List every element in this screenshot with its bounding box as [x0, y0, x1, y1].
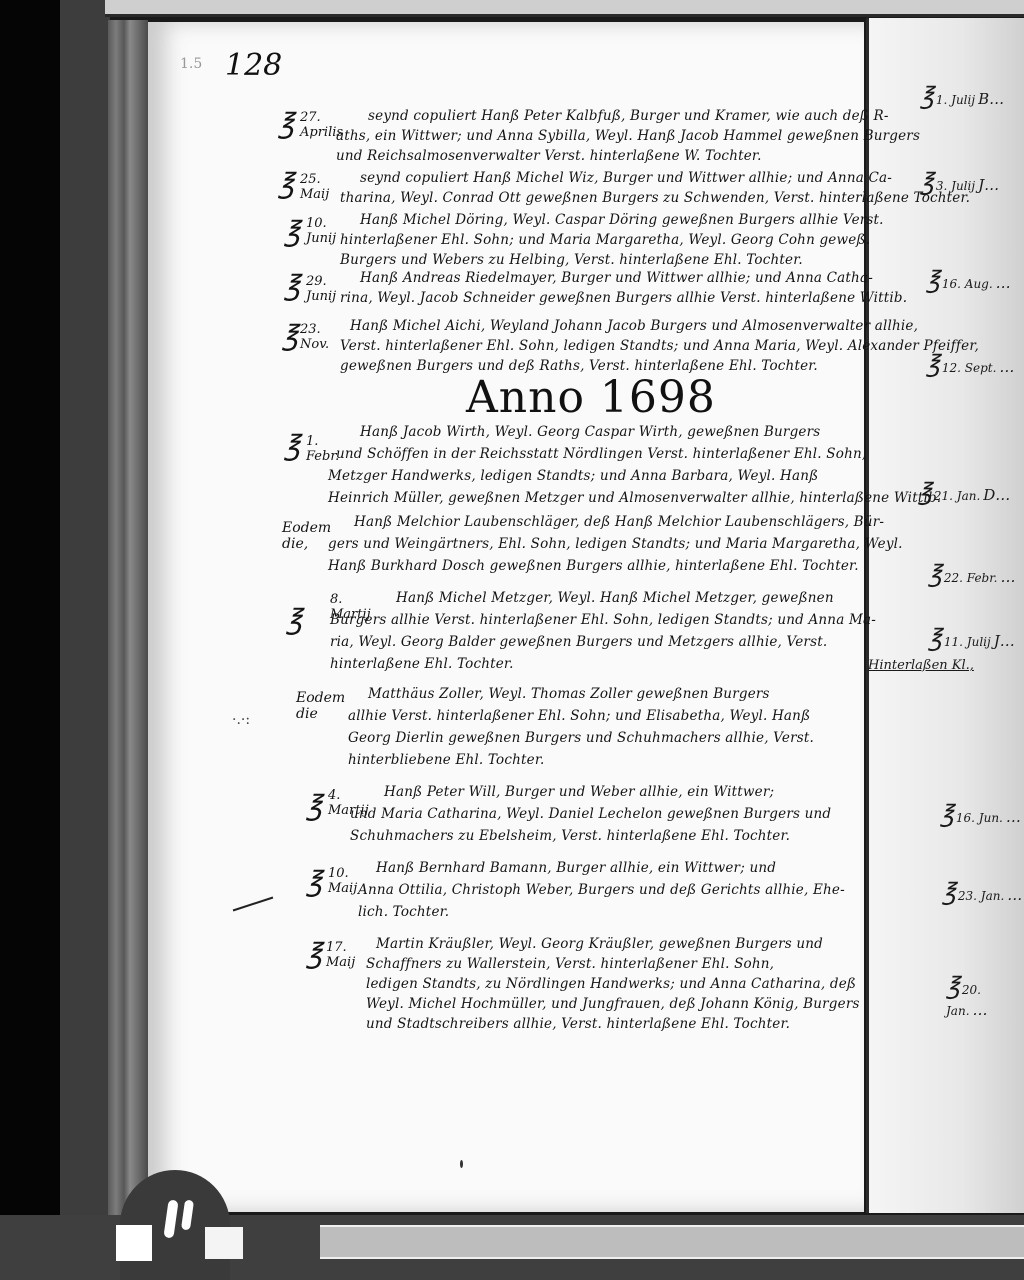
entry-date: 29. Junij [306, 274, 336, 304]
film-strip-bottom [320, 1225, 1024, 1259]
entry-text-fragment: … [996, 274, 1011, 292]
entry-date: 21. Jan. [934, 489, 980, 503]
entry-marker-icon: ℥ [946, 972, 960, 1000]
entry-date: 22. Febr. [944, 571, 998, 585]
film-border-top [105, 0, 1024, 17]
entry-date: 12. Sept. [942, 361, 997, 375]
entry-date: 25. Maij [300, 172, 329, 202]
entry-marker-icon: ℥ [942, 878, 956, 906]
entry-line: ria, Weyl. Georg Balder geweßnen Burgers… [330, 634, 827, 650]
entry-line: ledigen Standts, zu Nördlingen Handwerks… [366, 976, 856, 992]
entry-date: 16. Jun. [956, 811, 1003, 825]
entry-line: Schaffners zu Wallerstein, Verst. hinter… [366, 956, 774, 972]
entry-marker-icon: ℥ [928, 560, 942, 588]
entry-line: und Stadtschreibers allhie, Verst. hinte… [366, 1016, 790, 1032]
entry-marker-icon: ℥ [278, 170, 294, 198]
entry-marker-icon: ℥ [306, 940, 322, 968]
entry-marker-text: Eodem die [296, 690, 345, 722]
right-page-entry: ℥11. JulijJ… [928, 624, 1015, 652]
entry-line: Hanß Michel Döring, Weyl. Caspar Döring … [360, 212, 884, 228]
entry-marker-icon: ℥ [278, 110, 294, 138]
entry-marker-icon: ℥ [918, 478, 932, 506]
entry-date: 1. Julij [936, 93, 975, 107]
entry-marker-icon: ℥ [920, 168, 934, 196]
film-border-left [0, 0, 60, 1280]
right-page-entry: ℥12. Sept.… [926, 350, 1014, 378]
entry-marker-icon: ℥ [306, 792, 322, 820]
entry-line: Hanß Bernhard Bamann, Burger allhie, ein… [376, 860, 776, 876]
right-page-entry: ℥1. JulijB… [920, 82, 1004, 110]
entry-line: Hanß Michel Metzger, Weyl. Hanß Michel M… [396, 590, 834, 606]
entry-line: seynd copuliert Hanß Peter Kalbfuß, Burg… [368, 108, 889, 124]
entry-text-fragment: B… [978, 90, 1004, 108]
entry-line: Burgers allhie Verst. hinterlaßener Ehl.… [330, 612, 876, 628]
entry-text-fragment: … [973, 1001, 988, 1019]
right-page-entry: ℥16. Jun.… [940, 800, 1021, 828]
right-page-entry: ℥21. Jan.D… [918, 478, 1010, 506]
film-registration-mark [205, 1227, 243, 1259]
entry-line: Hanß Jacob Wirth, Weyl. Georg Caspar Wir… [360, 424, 820, 440]
right-page-entry: ℥20. Jan.… [946, 972, 1024, 1019]
entry-line: Anna Ottilia, Christoph Weber, Burgers u… [358, 882, 845, 898]
entry-line: Georg Dierlin geweßnen Burgers und Schuh… [348, 730, 814, 746]
entry-line: Hanß Burkhard Dosch geweßnen Burgers all… [328, 558, 859, 574]
entry-marker-text: Eodem die, [282, 520, 331, 552]
entry-line: Hanß Peter Will, Burger und Weber allhie… [384, 784, 774, 800]
entry-line: Metzger Handwerks, ledigen Standts; und … [328, 468, 818, 484]
entry-line: Verst. hinterlaßener Ehl. Sohn, ledigen … [340, 338, 979, 354]
entry-line: und Schöffen in der Reichsstatt Nördling… [336, 446, 866, 462]
entry-marker-icon: ℥ [284, 218, 300, 246]
entry-marker-icon: ℥ [928, 624, 942, 652]
entry-line: Hanß Andreas Riedelmayer, Burger und Wit… [360, 270, 873, 286]
entry-line: Matthäus Zoller, Weyl. Thomas Zoller gew… [368, 686, 770, 702]
film-registration-mark [116, 1225, 152, 1261]
entry-line: und Maria Catharina, Weyl. Daniel Lechel… [350, 806, 831, 822]
entry-line: Schuhmachers zu Ebelsheim, Verst. hinter… [350, 828, 790, 844]
entry-text-fragment: J… [994, 632, 1015, 650]
page-number-faint: 1.5 [180, 56, 202, 72]
entry-line: Martin Kräußler, Weyl. Georg Kräußler, g… [376, 936, 823, 952]
entry-text-fragment: … [1007, 886, 1022, 904]
entry-date: 16. Aug. [942, 277, 993, 291]
entry-line: Heinrich Müller, geweßnen Metzger und Al… [328, 490, 941, 506]
entry-line: Hanß Melchior Laubenschläger, deß Hanß M… [354, 514, 884, 530]
entry-text-fragment: … [1000, 568, 1015, 586]
film-border-gray [60, 0, 110, 1280]
entry-marker-icon: ℥ [940, 800, 954, 828]
entry-text-fragment: … [1006, 808, 1021, 826]
entry-marker-icon: ℥ [920, 82, 934, 110]
entry-line: Weyl. Michel Hochmüller, und Jungfrauen,… [366, 996, 860, 1012]
entry-line: lich. Tochter. [358, 904, 449, 920]
entry-line: rina, Weyl. Jacob Schneider geweßnen Bur… [340, 290, 907, 306]
entry-text-fragment: … [999, 358, 1014, 376]
entry-line: hinterbliebene Ehl. Tochter. [348, 752, 545, 768]
entry-date: 23. Nov. [300, 322, 329, 352]
entry-marker-icon: ℥ [284, 432, 300, 460]
entry-text-fragment: D… [983, 486, 1010, 504]
right-page-entry: ℥16. Aug.… [926, 266, 1011, 294]
entry-line: und Reichsalmosenverwalter Verst. hinter… [336, 148, 762, 164]
right-page-entry: ℥23. Jan.… [942, 878, 1022, 906]
margin-note: Hinterlaßen Kl., [868, 658, 974, 673]
entry-date: 17. Maij [326, 940, 355, 970]
entry-date: 1. Febr. [306, 434, 339, 464]
entry-line: aths, ein Wittwer; und Anna Sybilla, Wey… [336, 128, 920, 144]
ink-speck [460, 1160, 463, 1168]
book-spine-edge [108, 20, 148, 1220]
entry-marker-icon: ℥ [306, 868, 322, 896]
entry-date: 3. Julij [936, 179, 975, 193]
year-heading: Anno 1698 [466, 372, 716, 423]
entry-date: 10. Junij [306, 216, 336, 246]
entry-marker-icon: ℥ [926, 350, 940, 378]
entry-line: Hanß Michel Aichi, Weyland Johann Jacob … [350, 318, 918, 334]
entry-marker-icon: ℥ [926, 266, 940, 294]
entry-marker-icon: ℥ [286, 606, 302, 634]
entry-line: Burgers und Webers zu Helbing, Verst. hi… [340, 252, 803, 268]
right-page-entry: ℥3. JulijJ… [920, 168, 999, 196]
entry-line: hinterlaßene Ehl. Tochter. [330, 656, 514, 672]
stray-ink-dots: ·.·: [232, 712, 250, 728]
entry-text-fragment: J… [978, 176, 999, 194]
entry-marker-icon: ℥ [284, 272, 300, 300]
page-number: 128 [225, 48, 282, 83]
entry-line: gers und Weingärtners, Ehl. Sohn, ledige… [328, 536, 903, 552]
entry-date: 23. Jan. [958, 889, 1004, 903]
entry-line: hinterlaßener Ehl. Sohn; und Maria Marga… [340, 232, 870, 248]
entry-line: allhie Verst. hinterlaßener Ehl. Sohn; u… [348, 708, 810, 724]
right-page-entry: ℥22. Febr.… [928, 560, 1015, 588]
entry-date: 11. Julij [944, 635, 991, 649]
entry-line: seynd copuliert Hanß Michel Wiz, Burger … [360, 170, 892, 186]
entry-marker-icon: ℥ [282, 322, 298, 350]
entry-line: tharina, Weyl. Conrad Ott geweßnen Burge… [340, 190, 970, 206]
entry-date: 10. Maij [328, 866, 357, 896]
